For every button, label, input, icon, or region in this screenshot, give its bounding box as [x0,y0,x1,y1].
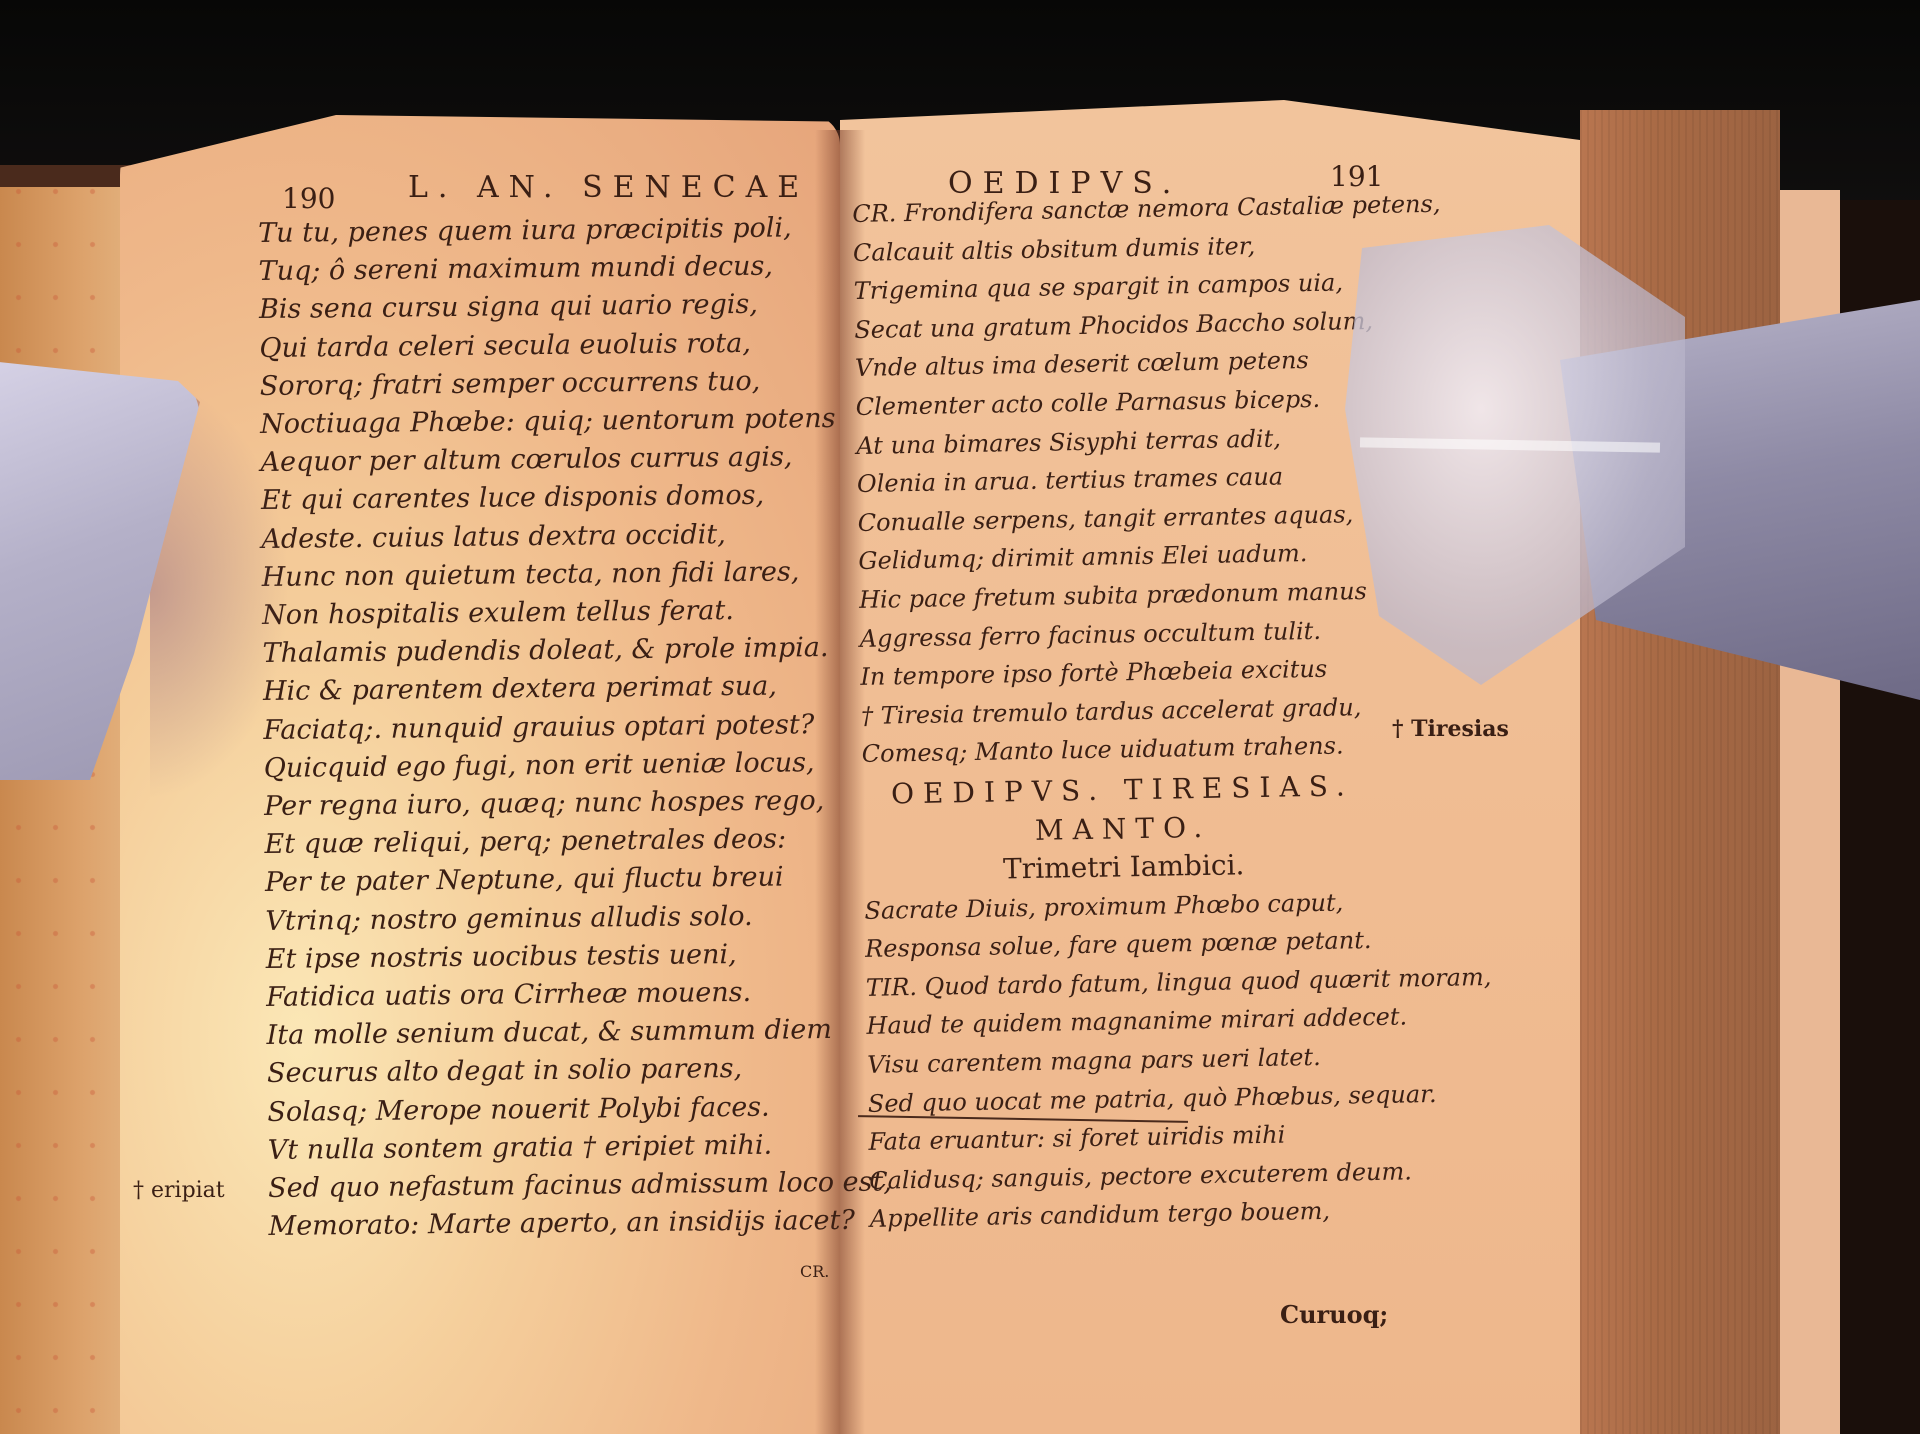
text-line: Ita molle senium ducat, & summum diem [266,1011,890,1056]
text-line: Et quæ reliqui, perq; penetrales deos: [264,820,888,865]
text-line: Hunc non quietum tecta, non fidi lares, [262,552,886,597]
text-line: Per te pater Neptune, qui fluctu breui [265,858,889,903]
text-line: Tuq; ô sereni maximum mundi decus, [258,247,882,292]
text-line: Sororq; fratri semper occurrens tuo, [260,361,884,406]
text-line: Noctiuaga Phœbe: quiq; uentorum potens [260,399,884,444]
book-photograph: 190 L. AN. SENECAE Tu tu, penes quem iur… [0,0,1920,1434]
text-line: Quicquid ego fugi, non erit ueniæ locus, [264,743,888,788]
text-line: Faciatq;. nunquid grauius optari potest? [263,705,887,750]
text-line: Et qui carentes luce disponis domos, [261,476,885,521]
text-line: Solasq; Merope nouerit Polybi faces. [267,1087,891,1132]
left-page-text: Tu tu, penes quem iura præcipitis poli, … [258,208,892,1246]
right-margin-note: † Tiresias [1392,716,1509,742]
text-line: Qui tarda celeri secula euoluis rota, [259,323,883,368]
text-line: Sed quo nefastum facinus admissum loco e… [268,1163,892,1208]
text-line: Vtrinq; nostro geminus alludis solo. [265,896,889,941]
left-fore-edge [0,165,130,1434]
text-line: Et ipse nostris uocibus testis ueni, [266,934,890,979]
text-line: Securus alto degat in solio parens, [267,1049,891,1094]
text-line: Tu tu, penes quem iura præcipitis poli, [258,208,882,253]
text-line: Memorato: Marte aperto, an insidijs iace… [268,1202,892,1247]
left-margin-note: † eripiat [133,1178,225,1203]
text-line: Aequor per altum cœrulos currus agis, [260,438,884,483]
left-catchword-marker: CR. [800,1262,829,1281]
text-line: Vt nulla sontem gratia † eripiet mihi. [268,1125,892,1170]
text-line: Per regna iuro, quæq; nunc hospes rego, [264,781,888,826]
text-line: Bis sena cursu signa qui uario regis, [259,285,883,330]
text-line: Fatidica uatis ora Cirrheæ mouens. [266,972,890,1017]
left-page-number: 190 [282,182,335,215]
text-line: Adeste. cuius latus dextra occidit, [261,514,885,559]
text-line: Thalamis pudendis doleat, & prole impia. [262,629,886,674]
text-line: Hic & parentem dextera perimat sua, [263,667,887,712]
left-binding [0,165,130,187]
text-line: Non hospitalis exulem tellus ferat. [262,590,886,635]
right-catchword: Curuoq; [1280,1300,1388,1329]
left-running-head: L. AN. SENECAE [408,170,809,205]
